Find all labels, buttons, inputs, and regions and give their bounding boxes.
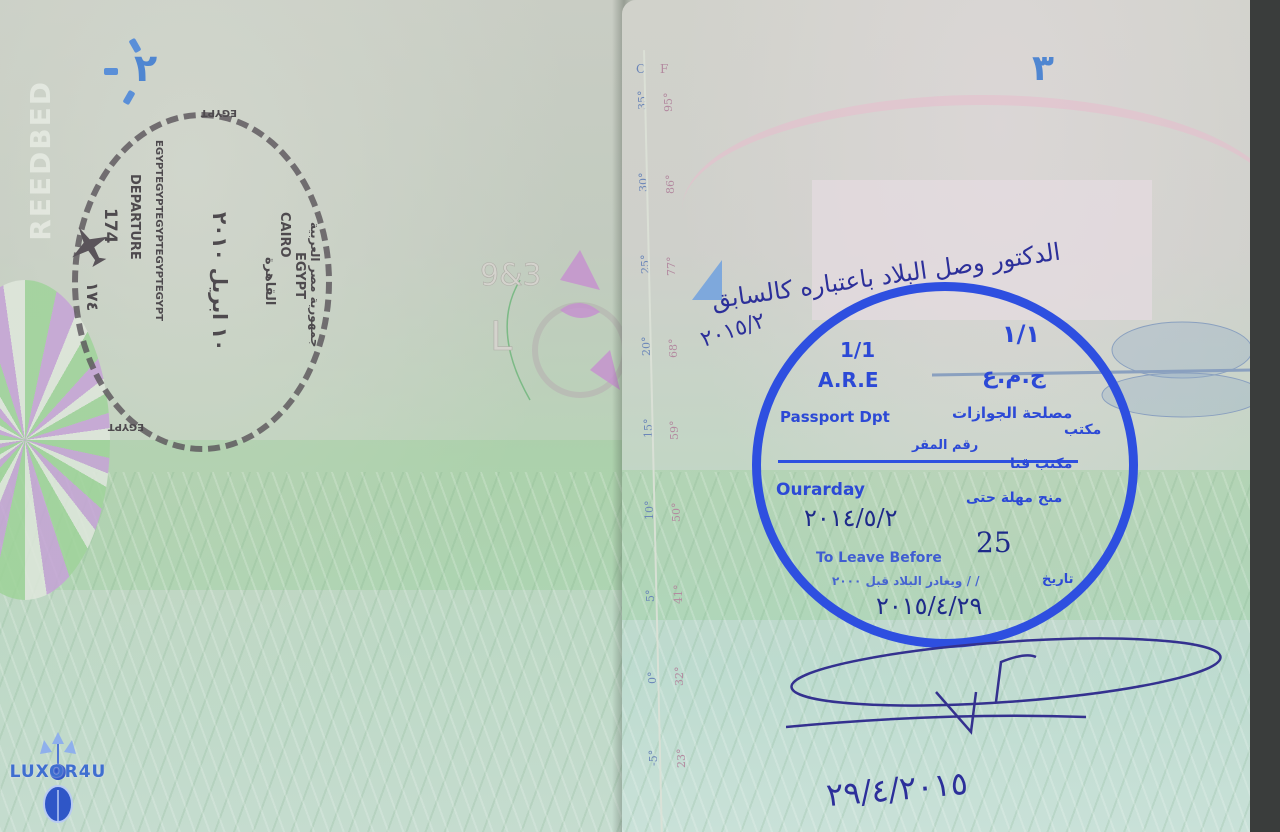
stamp-leave-before-ar: ويغادر البلاد قبل ٢٠٠٠ / /	[832, 574, 980, 588]
stamp-type: DEPARTURE	[127, 174, 142, 260]
sun-page-number-icon: ٢	[100, 40, 180, 120]
fahrenheit-label: F	[660, 62, 668, 76]
fahrenheit-tick: 77°	[665, 257, 678, 277]
celsius-tick: 35°	[636, 91, 649, 111]
stamp-city: CAIRO	[277, 212, 292, 258]
stamp-repeat-text: EGYPTEGYPTEGYPTEGYPTEGYPT	[153, 140, 164, 321]
luxor4u-logo: LUXOR4U	[6, 730, 110, 830]
stamp-authority-ar: مصلحة الجوازات	[952, 404, 1072, 422]
fahrenheit-tick: 23°	[675, 749, 688, 769]
fahrenheit-tick: 41°	[672, 585, 685, 605]
stamp-validity-ar: منح مهلة حتى	[966, 490, 1062, 506]
stamp-city-arabic: القاهرة	[262, 257, 277, 305]
stamp-office-ar: مكتب	[1064, 422, 1101, 438]
fahrenheit-tick: 59°	[668, 421, 681, 441]
entry-stamp: 1/1 ١/١ A.R.E ج.م.ع Passport Dpt مصلحة ا…	[752, 282, 1138, 648]
logo-text: LUXOR4U	[6, 762, 110, 782]
passport-cover-edge	[1250, 0, 1280, 832]
stamp-top-right: ١/١	[1002, 320, 1040, 348]
stamp-date-label: تاريخ	[1042, 572, 1074, 587]
stamp-country-code: A.R.E	[818, 368, 878, 392]
left-passport-page: REEDBED ٢ 9&3 L EGYPT EGYPT EGYPTEGYPTEG…	[0, 0, 636, 832]
signature	[786, 632, 1226, 752]
stamp-leave-before-en: To Leave Before	[816, 550, 942, 566]
fahrenheit-tick: 86°	[664, 175, 677, 195]
stamp-country: EGYPT	[292, 252, 307, 299]
celsius-tick: 30°	[637, 173, 650, 193]
departure-stamp: EGYPT EGYPT EGYPTEGYPTEGYPTEGYPTEGYPT DE…	[72, 112, 332, 452]
fahrenheit-tick: 95°	[662, 93, 675, 113]
stamp-border-text-bottom: EGYPT	[108, 421, 144, 432]
stamp-authority-en: Passport Dpt	[780, 408, 890, 426]
stamp-date: ١٠ ابريل ٢٠١٠	[208, 212, 232, 351]
stamp-border-text: EGYPT	[201, 107, 237, 118]
stamp-country-code-arabic: ج.م.ع	[982, 364, 1046, 389]
page-number: ٢	[134, 46, 157, 90]
handwritten-days: 25	[976, 526, 1012, 559]
stamp-handwritten-date: ٢٠١٥/٤/٢٩	[876, 592, 982, 620]
fahrenheit-tick: 50°	[670, 503, 683, 523]
stamp-top-left: 1/1	[840, 338, 875, 362]
svg-text:L: L	[490, 314, 513, 360]
svg-text:9&3: 9&3	[480, 258, 542, 293]
stamp-port-ar: مكتب قنا	[1010, 456, 1072, 472]
handwritten-validity-date: ٢٠١٤/٥/٢	[804, 504, 898, 532]
stamp-number-arabic: ١٧٤	[83, 282, 102, 311]
watermark-text: REEDBED	[24, 80, 57, 241]
stamp-office-label: رقم المقر	[912, 438, 978, 453]
fahrenheit-tick: 68°	[667, 339, 680, 359]
stamp-port-en: Ourarday	[776, 480, 865, 500]
page-number: ٣	[1032, 48, 1054, 89]
airplane-icon	[66, 222, 112, 268]
stamp-country-arabic: جمهورية مصر العربية	[308, 222, 322, 347]
fahrenheit-tick: 32°	[673, 667, 686, 687]
